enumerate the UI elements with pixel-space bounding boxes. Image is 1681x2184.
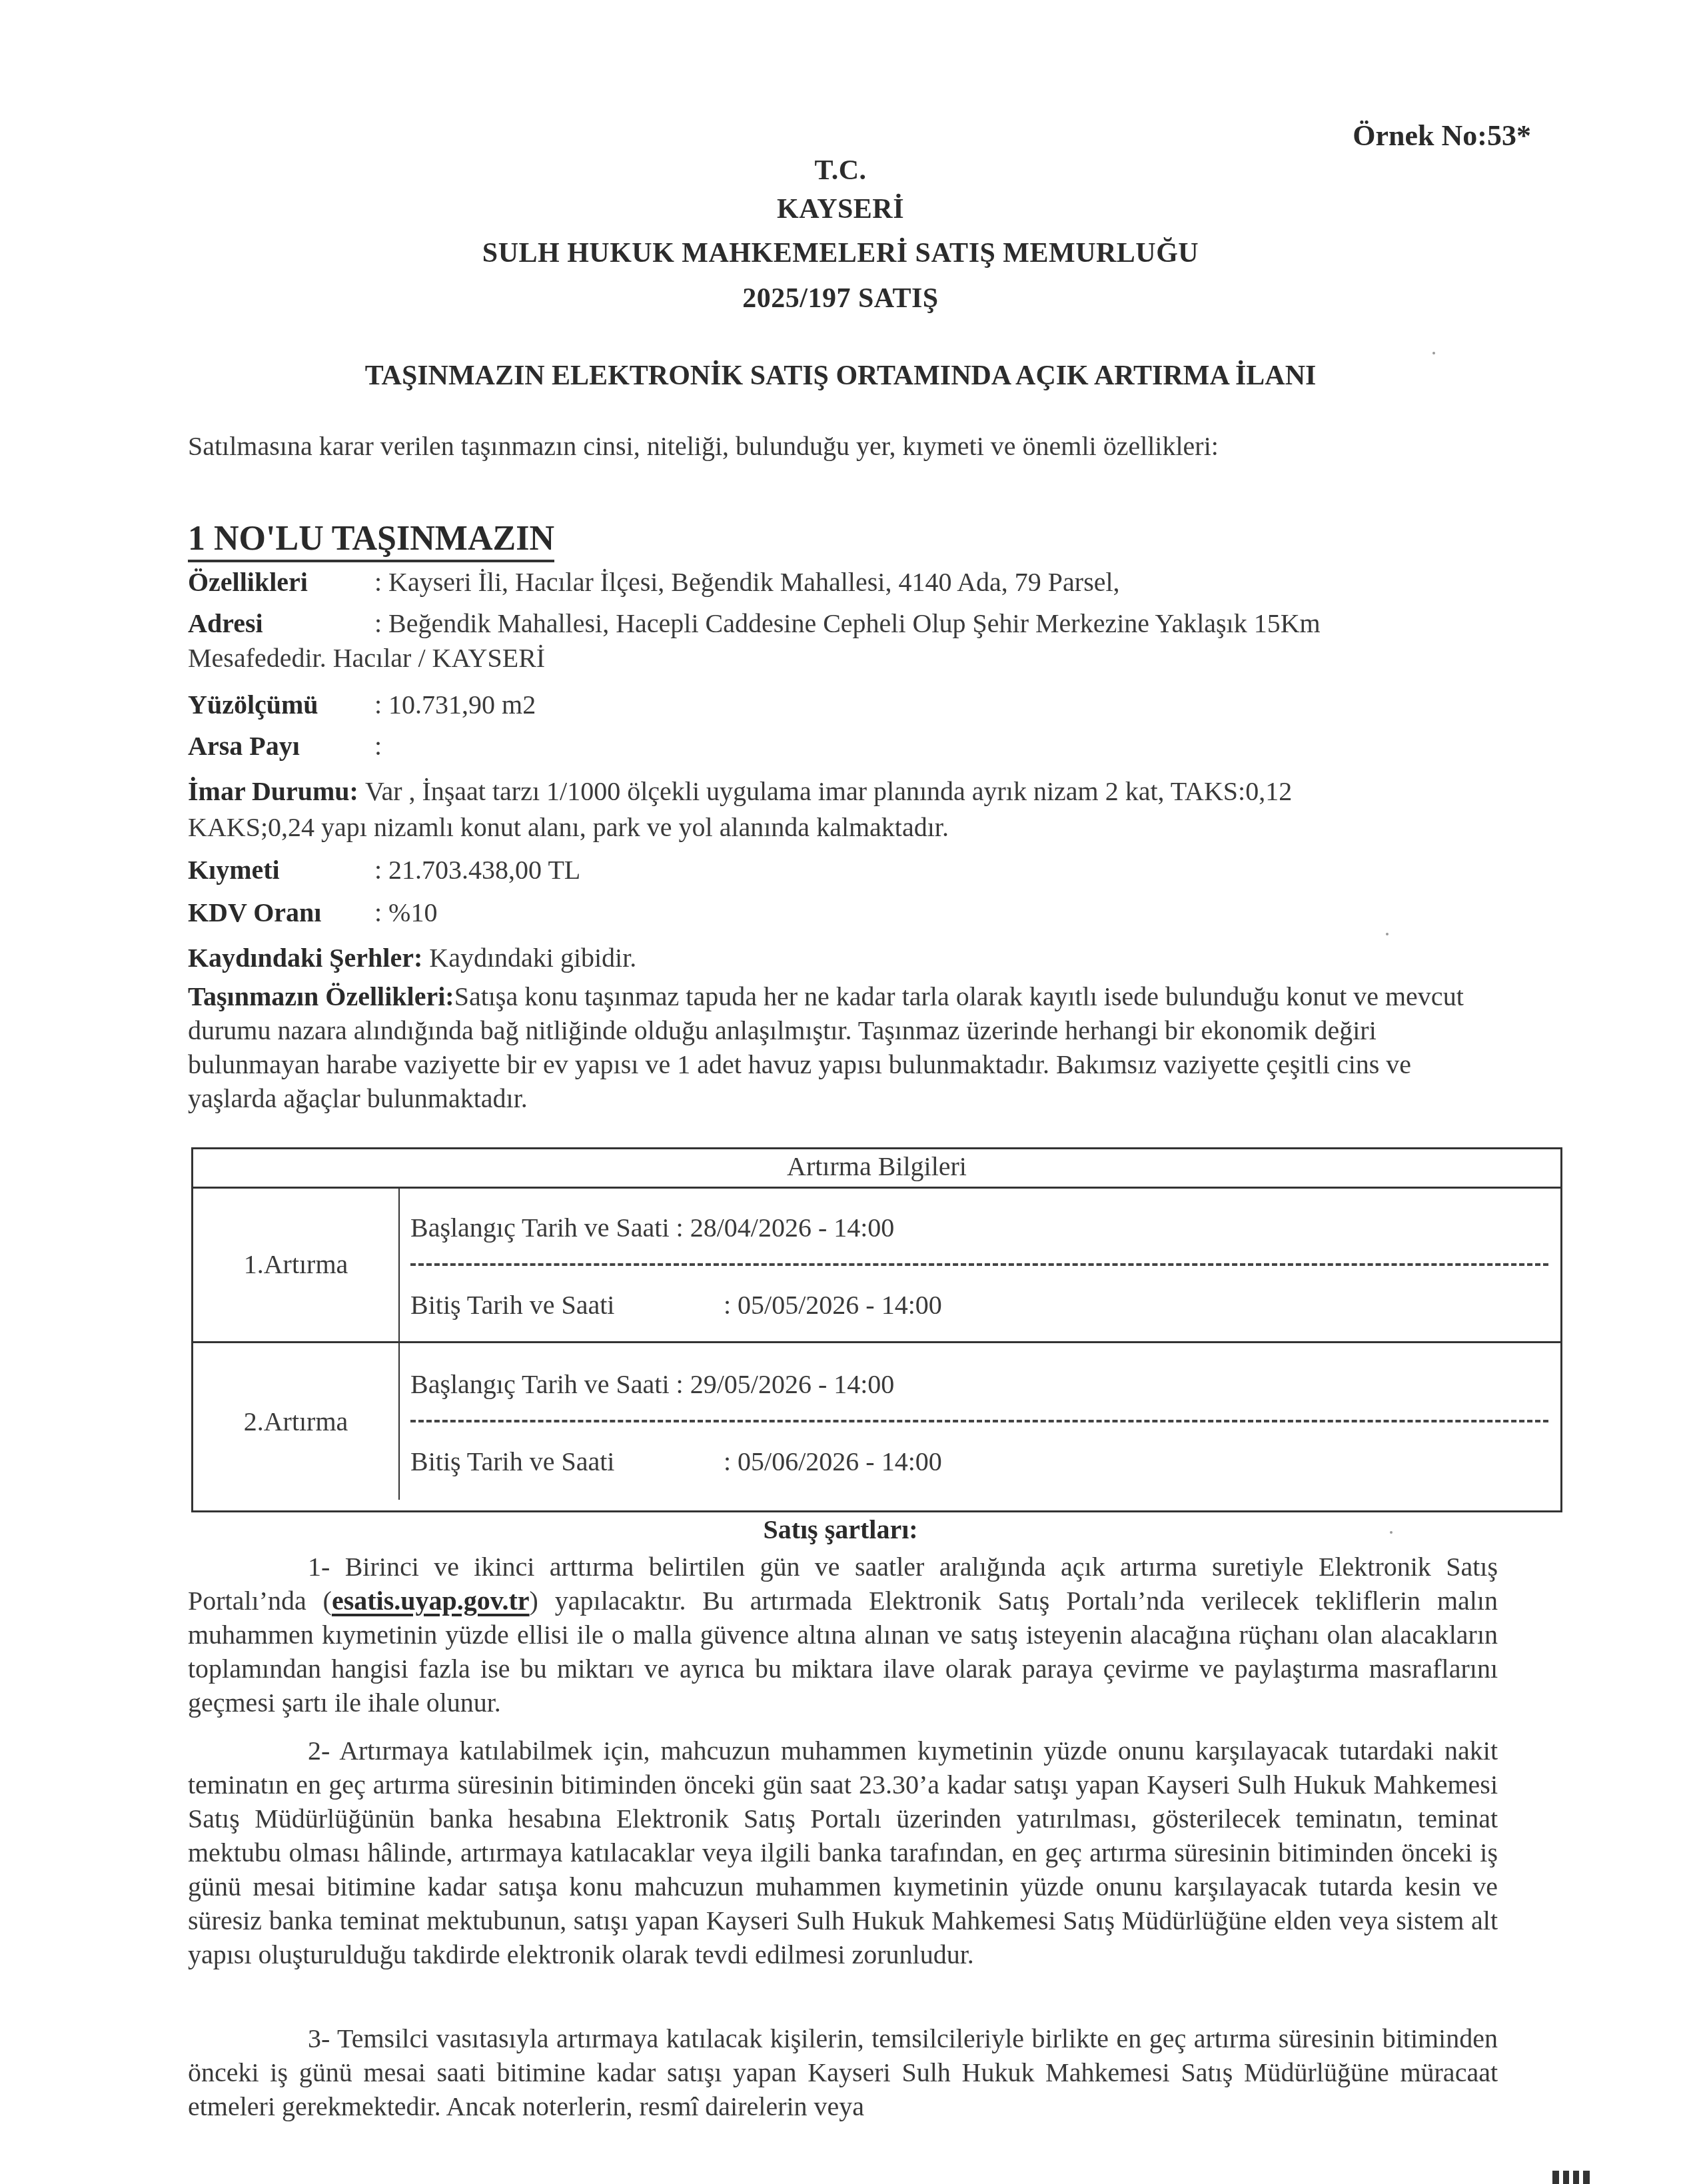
document-title: TAŞINMAZIN ELEKTRONİK SATIŞ ORTAMINDA AÇ… (0, 360, 1681, 392)
field-value: : Kayseri İli, Hacılar İlçesi, Beğendik … (374, 567, 1120, 597)
scan-speck (1390, 1531, 1393, 1534)
scan-speck (1432, 352, 1435, 354)
field-address-continuation: Mesafededir. Hacılar / KAYSERİ (188, 641, 545, 676)
end-datetime: Bitiş Tarih ve Saati: 05/06/2026 - 14:00 (410, 1446, 942, 1477)
field-zoning-continuation: KAKS;0,24 yapı nizamlı konut alanı, park… (188, 810, 949, 845)
field-zoning: İmar Durumu: Var , İnşaat tarzı 1/1000 ö… (188, 774, 1292, 809)
field-value: : Beğendik Mahallesi, Hacepli Caddesine … (374, 608, 1321, 638)
dashed-divider (410, 1263, 1548, 1266)
field-value: : 21.703.438,00 TL (374, 855, 580, 885)
auction-round-label: 1.Artırma (193, 1187, 400, 1341)
table-row: 2.Artırma Başlangıç Tarih ve Saati : 29/… (193, 1343, 1560, 1500)
field-address: Adresi: Beğendik Mahallesi, Hacepli Cadd… (188, 606, 1321, 641)
header-case-no: 2025/197 SATIŞ (0, 282, 1681, 314)
intro-text: Satılmasına karar verilen taşınmazın cin… (188, 430, 1219, 462)
end-datetime: Bitiş Tarih ve Saati: 05/05/2026 - 14:00 (410, 1289, 942, 1321)
field-label: Arsa Payı (188, 729, 374, 764)
condition-item-1: 1- Birinci ve ikinci arttırma belirtilen… (188, 1550, 1498, 1720)
conditions-title: Satış şartları: (0, 1514, 1681, 1545)
field-label: Taşınmazın Özellikleri: (188, 979, 454, 1013)
auction-dates: Başlangıç Tarih ve Saati : 28/04/2026 - … (400, 1187, 1560, 1341)
field-value-amount: Kıymeti: 21.703.438,00 TL (188, 853, 580, 887)
auction-table: Artırma Bilgileri 1.Artırma Başlangıç Ta… (191, 1147, 1562, 1512)
start-datetime: Başlangıç Tarih ve Saati : 28/04/2026 - … (410, 1212, 894, 1243)
field-value: : 10.731,90 m2 (374, 690, 536, 720)
condition-item-3: 3- Temsilci vasıtasıyla artırmaya katıla… (188, 2021, 1498, 2123)
field-features: Özellikleri: Kayseri İli, Hacılar İlçesi… (188, 565, 1120, 600)
field-area: Yüzölçümü: 10.731,90 m2 (188, 688, 536, 722)
field-property-features: Taşınmazın Özellikleri:Satışa konu taşın… (188, 979, 1498, 1115)
end-key: Bitiş Tarih ve Saati (410, 1289, 724, 1321)
header-city: KAYSERİ (0, 193, 1681, 225)
start-value: : 28/04/2026 - 14:00 (676, 1213, 895, 1243)
header-office: SULH HUKUK MAHKEMELERİ SATIŞ MEMURLUĞU (0, 237, 1681, 269)
start-key: Başlangıç Tarih ve Saati (410, 1368, 670, 1400)
table-row: 1.Artırma Başlangıç Tarih ve Saati : 28/… (193, 1187, 1560, 1343)
end-key: Bitiş Tarih ve Saati (410, 1446, 724, 1477)
header-tc: T.C. (0, 155, 1681, 187)
field-value: : %10 (374, 897, 437, 927)
field-value: Var , İnşaat tarzı 1/1000 ölçekli uygula… (365, 776, 1292, 806)
end-value: : 05/05/2026 - 14:00 (724, 1290, 942, 1320)
start-key: Başlangıç Tarih ve Saati (410, 1212, 670, 1243)
end-value: : 05/06/2026 - 14:00 (724, 1446, 942, 1476)
auction-dates: Başlangıç Tarih ve Saati : 29/05/2026 - … (400, 1343, 1560, 1500)
field-vat-rate: KDV Oranı: %10 (188, 895, 437, 930)
auction-round-label: 2.Artırma (193, 1343, 400, 1500)
field-land-share: Arsa Payı: (188, 729, 382, 764)
condition-item-2: 2- Artırmaya katılabilmek için, mahcuzun… (188, 1734, 1498, 1971)
field-value: : (374, 731, 382, 761)
field-label: KDV Oranı (188, 895, 374, 930)
field-label: Özellikleri (188, 565, 374, 600)
property-title: 1 NO'LU TAŞINMAZIN (188, 518, 554, 562)
scan-speck (1386, 933, 1389, 935)
field-label: Kaydındaki Şerhler: (188, 941, 422, 975)
field-value: Kaydındaki gibidir. (422, 943, 636, 973)
dashed-divider (410, 1420, 1548, 1422)
start-datetime: Başlangıç Tarih ve Saati : 29/05/2026 - … (410, 1368, 894, 1400)
field-label: Kıymeti (188, 853, 374, 887)
field-label: Adresi (188, 606, 374, 641)
qr-code-icon (1552, 2171, 1590, 2184)
sample-number: Örnek No:53* (1353, 119, 1531, 153)
start-value: : 29/05/2026 - 14:00 (676, 1369, 895, 1399)
auction-table-header: Artırma Bilgileri (193, 1149, 1560, 1189)
field-label: Yüzölçümü (188, 688, 374, 722)
field-annotations: Kaydındaki Şerhler: Kaydındaki gibidir. (188, 941, 636, 975)
esatis-portal-link[interactable]: esatis.uyap.gov.tr (332, 1586, 530, 1616)
field-label: İmar Durumu: (188, 774, 358, 809)
